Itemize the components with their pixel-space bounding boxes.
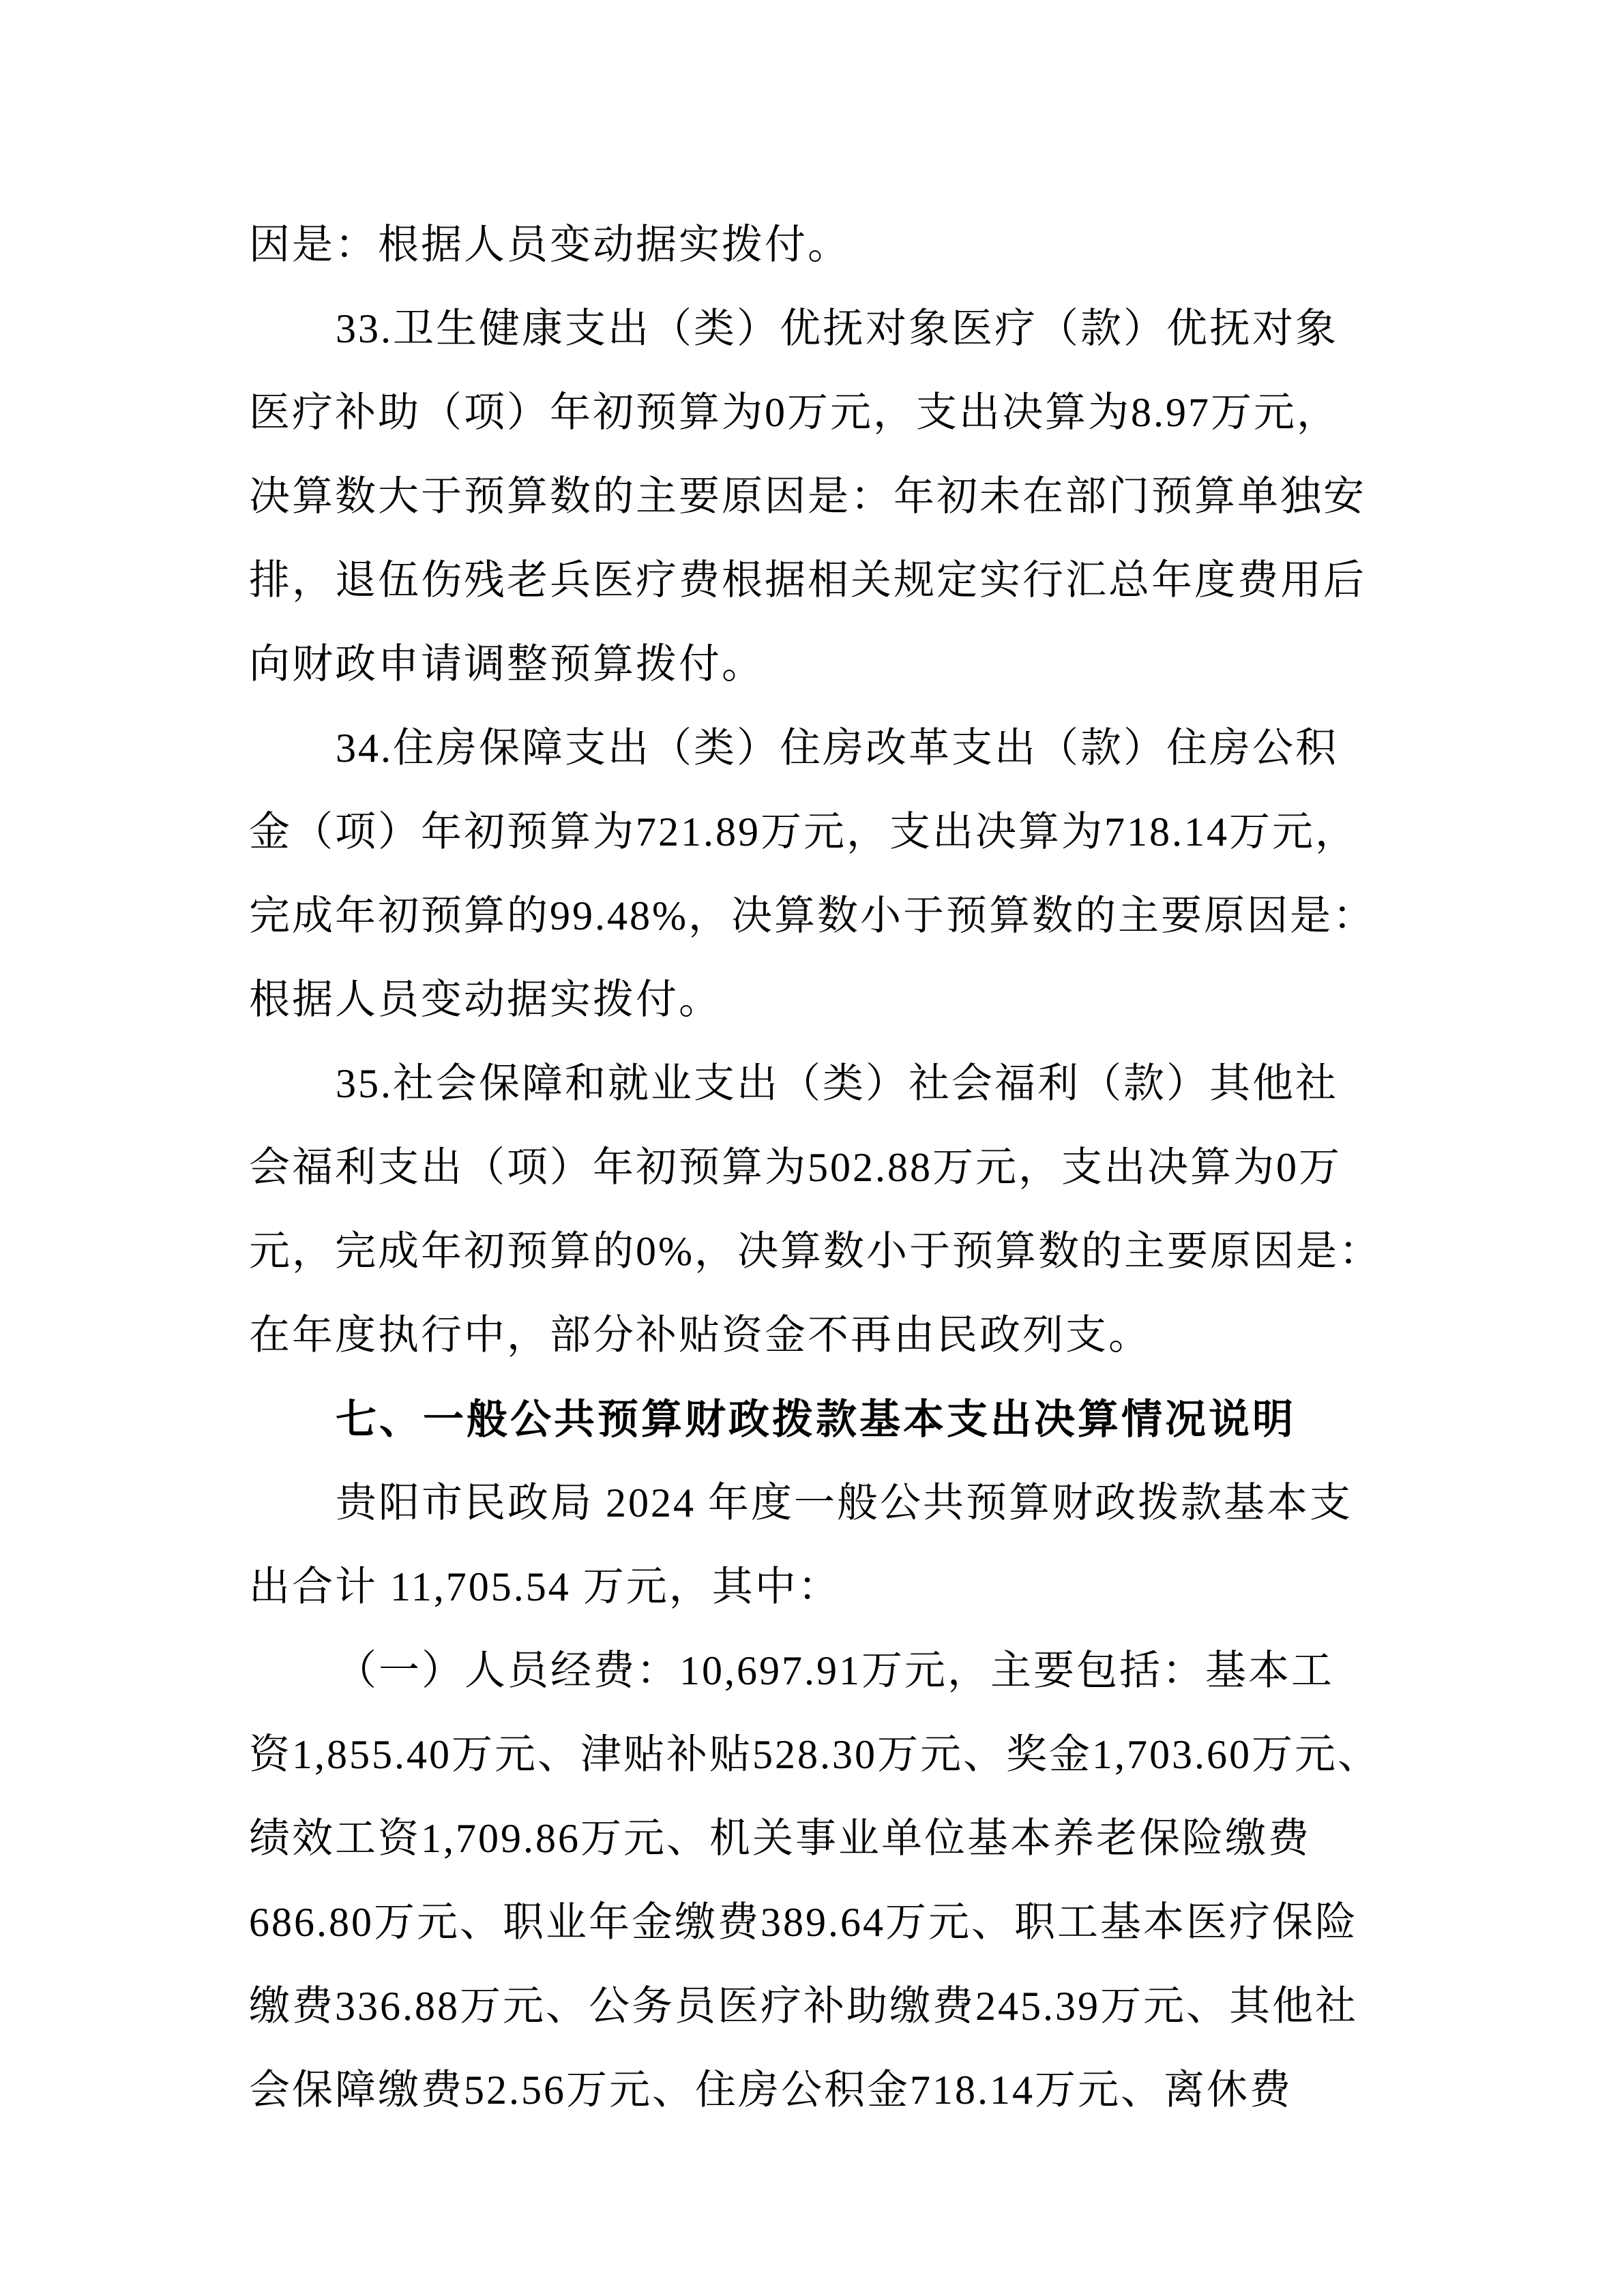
para-33-line-2: 医疗补助（项）年初预算为0万元，支出决算为8.97万元， xyxy=(249,371,1385,455)
para-34-line-3: 完成年初预算的99.48%，决算数小于预算数的主要原因是： xyxy=(249,874,1385,958)
para-35-line-2: 会福利支出（项）年初预算为502.88万元，支出决算为0万 xyxy=(249,1126,1385,1210)
para-33-line-3: 决算数大于预算数的主要原因是：年初未在部门预算单独安 xyxy=(249,455,1385,539)
para-personnel-line-1: （一）人员经费：10,697.91万元，主要包括：基本工 xyxy=(249,1629,1385,1713)
para-34-line-4: 根据人员变动据实拨付。 xyxy=(249,958,1385,1042)
para-33-line-5: 向财政申请调整预算拨付。 xyxy=(249,623,1385,706)
para-personnel-line-6: 会保障缴费52.56万元、住房公积金718.14万元、离休费 xyxy=(249,2048,1385,2132)
para-personnel-line-5: 缴费336.88万元、公务员医疗补助缴费245.39万元、其他社 xyxy=(249,1965,1385,2048)
para-personnel-line-2: 资1,855.40万元、津贴补贴528.30万元、奖金1,703.60万元、 xyxy=(249,1713,1385,1797)
section-7-heading: 七、一般公共预算财政拨款基本支出决算情况说明 xyxy=(249,1377,1385,1461)
document-body: 因是：根据人员变动据实拨付。 33.卫生健康支出（类）优抚对象医疗（款）优抚对象… xyxy=(249,203,1385,2132)
para-33-line-4: 排，退伍伤残老兵医疗费根据相关规定实行汇总年度费用后 xyxy=(249,539,1385,623)
para-34-line-1: 34.住房保障支出（类）住房改革支出（款）住房公积 xyxy=(249,706,1385,790)
para-intro-line-2: 出合计 11,705.54 万元，其中： xyxy=(249,1545,1385,1629)
para-34-line-2: 金（项）年初预算为721.89万元，支出决算为718.14万元， xyxy=(249,790,1385,874)
document-page: 因是：根据人员变动据实拨付。 33.卫生健康支出（类）优抚对象医疗（款）优抚对象… xyxy=(0,0,1624,2296)
para-reason-continuation-line: 因是：根据人员变动据实拨付。 xyxy=(249,203,1385,287)
para-35-line-1: 35.社会保障和就业支出（类）社会福利（款）其他社 xyxy=(249,1042,1385,1126)
para-35-line-3: 元，完成年初预算的0%，决算数小于预算数的主要原因是： xyxy=(249,1210,1385,1294)
para-33-line-1: 33.卫生健康支出（类）优抚对象医疗（款）优抚对象 xyxy=(249,287,1385,371)
para-intro-line-1: 贵阳市民政局 2024 年度一般公共预算财政拨款基本支 xyxy=(249,1461,1385,1545)
para-35-line-4: 在年度执行中，部分补贴资金不再由民政列支。 xyxy=(249,1294,1385,1377)
para-personnel-line-4: 686.80万元、职业年金缴费389.64万元、职工基本医疗保险 xyxy=(249,1881,1385,1965)
para-personnel-line-3: 绩效工资1,709.86万元、机关事业单位基本养老保险缴费 xyxy=(249,1797,1385,1881)
